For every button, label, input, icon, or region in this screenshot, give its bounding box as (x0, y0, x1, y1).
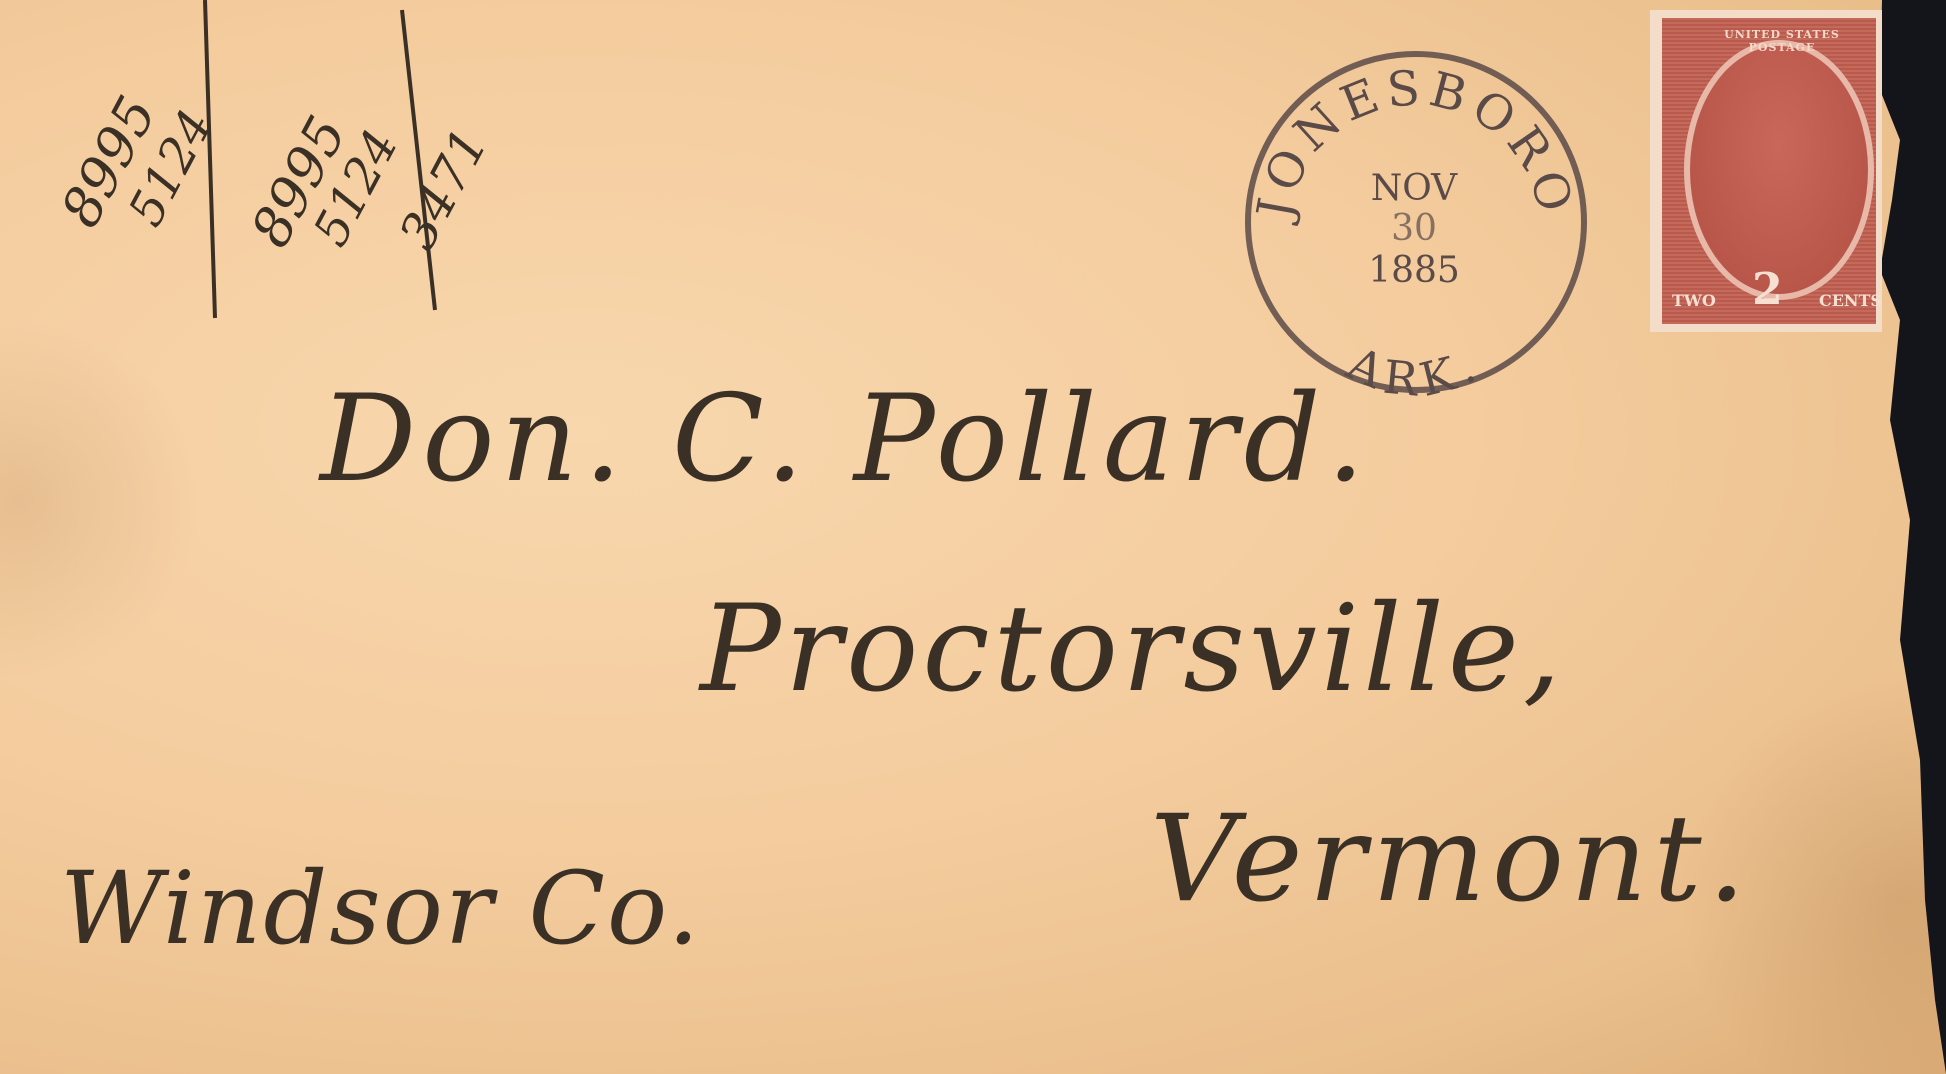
postmark-month: NOV (1371, 168, 1458, 209)
stamp-word-right: CENTS (1819, 291, 1882, 310)
address-line-3: Vermont. (1150, 790, 1752, 929)
stamp-top-text: UNITED STATES POSTAGE (1692, 28, 1872, 54)
address-line-1: Don. C. Pollard. (320, 370, 1371, 509)
county-note: Windsor Co. (60, 850, 701, 967)
stamp-frame: UNITED STATES POSTAGE TWO 2 CENTS (1662, 18, 1876, 324)
washington-portrait (1684, 40, 1874, 300)
stamp-numeral: 2 (1752, 270, 1783, 310)
stamp-denomination: TWO 2 CENTS (1672, 270, 1882, 310)
postmark-year: 1885 (1368, 250, 1460, 291)
address-line-2: Proctorsville, (700, 580, 1565, 719)
scanned-envelope-scene: 8995 5124 8995 5124 3471 JONESBORO ARK. … (0, 0, 1946, 1074)
postmark-day: 30 (1391, 208, 1437, 249)
postage-stamp: UNITED STATES POSTAGE TWO 2 CENTS (1650, 10, 1882, 332)
stamp-word-left: TWO (1672, 291, 1716, 310)
